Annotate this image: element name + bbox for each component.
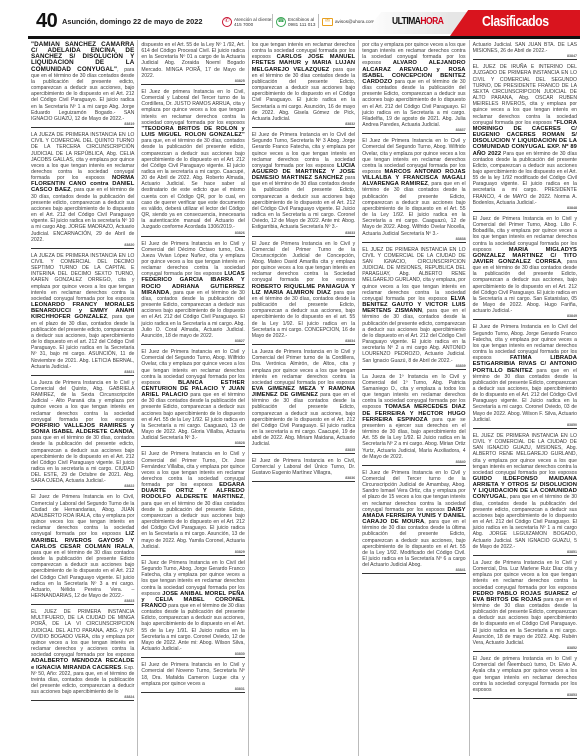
notice-details: , para que en el término de 30 días cont… bbox=[473, 259, 577, 314]
legal-notice: El Juez de Primera Instancia en lo Civil… bbox=[252, 456, 355, 482]
notice-details: , para que en el término de 30 días, con… bbox=[31, 429, 134, 484]
legal-notice: por cita y emplaza por quince veces a lo… bbox=[362, 40, 465, 134]
notice-parties: ADALBERTO MENDOZA RECALDE e IGNACIA MIRA… bbox=[31, 658, 134, 670]
notice-code: 83823 bbox=[31, 599, 134, 603]
notice-code: 83835 bbox=[252, 448, 355, 452]
notice-body: La Juez de Primera Instancia en lo Civil… bbox=[473, 560, 577, 591]
legal-notice: Actuario Judicial. SAN JUAN BTA. DE LAS … bbox=[473, 40, 577, 60]
notice-code: 83851 bbox=[473, 550, 577, 554]
legal-notice: El Juez de Primera Instancia en lo Civil… bbox=[141, 558, 244, 658]
column-1: "DAMIAN SANCHEZ CAMARRA C/ ADELAIDA ENCI… bbox=[28, 40, 138, 756]
legal-notice: El Juez de Primera Instancia en lo Civil… bbox=[362, 468, 465, 575]
legal-notice: El Juez de Primera Instancia en lo Civil… bbox=[141, 347, 244, 447]
legal-notice: LA JUEZA DE PRIMERA INSTANCIA EN LO CIVI… bbox=[31, 130, 134, 249]
notice-details: dispuesto en el Art. 55 de la Ley Nº 1 /… bbox=[141, 42, 244, 79]
notice-details: Para que en término de 30 días contados … bbox=[473, 151, 577, 206]
header-divider bbox=[28, 36, 580, 39]
legal-notice: La Jueza de Primera Instancia en lo Civi… bbox=[252, 347, 355, 454]
phone-icon: ✆ bbox=[222, 17, 232, 27]
mail-icon: ✉ bbox=[322, 18, 333, 26]
notice-code: 83832 bbox=[252, 122, 355, 126]
notice-details: , para que en el término de 30 días, con… bbox=[31, 187, 134, 242]
notice-parties: PORFIRIO VALLEJOS RAMIRES y SONIA ISABEL… bbox=[31, 423, 134, 435]
notice-code: 83827 bbox=[141, 339, 244, 343]
legal-notice: El Juez de primera Instancia en lo Civil… bbox=[473, 654, 577, 699]
notice-code: 83819 bbox=[31, 122, 134, 126]
notice-details: , para que en el término de 30 días cont… bbox=[362, 519, 465, 568]
legal-notice: El Juez de Primera Instancia en lo Civil… bbox=[473, 214, 577, 321]
notice-code: 83820 bbox=[31, 243, 134, 247]
whatsapp-icon: ☎ bbox=[276, 17, 286, 27]
notice-code: 83831 bbox=[141, 687, 244, 691]
legal-notice: La Jueza de 1º Instancia en lo Civil y C… bbox=[362, 372, 465, 466]
notice-details: para que en el término de 30 días contad… bbox=[362, 79, 465, 128]
notice-code: 83829 bbox=[141, 550, 244, 554]
notice-code: 83828 bbox=[141, 441, 244, 445]
notice-code: 83849 bbox=[473, 314, 577, 318]
legal-notice: El Juez de Primera Instancia en lo Civil… bbox=[31, 492, 134, 605]
legal-notice: EL JUEZ DE PRIMERA INSTANCIA MULTIFUERO,… bbox=[31, 607, 134, 701]
notice-code: 83838 bbox=[362, 237, 465, 241]
notice-code: 83847 bbox=[473, 54, 577, 58]
notice-body: El Juez de Primera Instancia en lo Civil… bbox=[31, 494, 134, 537]
notice-body: EL JUEZ DE IRUÑA E INTERINO DEL JUZGADO … bbox=[473, 64, 577, 125]
classifieds-columns: "DAMIAN SANCHEZ CAMARRA C/ ADELAIDA ENCI… bbox=[28, 40, 580, 756]
notice-code: 83834 bbox=[252, 339, 355, 343]
notice-body: El Juez de primera Instancia en lo Civil… bbox=[141, 89, 244, 126]
notice-details: , para que en el término de 30 días, con… bbox=[362, 308, 465, 363]
notice-code: 83848 bbox=[473, 206, 577, 210]
notice-body: Actuario Judicial. SAN JUAN BTA. DE LAS … bbox=[473, 42, 577, 54]
legal-notice: La Jueza de Primera Instancia en lo Civi… bbox=[31, 378, 134, 491]
page-number: 40 bbox=[36, 10, 57, 33]
legal-notice: los que tengan interés en reclamar derec… bbox=[252, 40, 355, 128]
notice-code: 83839 bbox=[362, 364, 465, 368]
notice-details: para que en el término de 30 días contad… bbox=[252, 392, 355, 447]
notice-details: , para que en el término de 30 días, con… bbox=[141, 290, 244, 339]
notice-details: , para que en el término de 30 días cont… bbox=[31, 544, 134, 599]
notice-body: EL JUEZ DE PRIMERA INSTANCIA EN LO CIVIL… bbox=[362, 247, 465, 302]
legal-notice: "DAMIAN SANCHEZ CAMARRA C/ ADELAIDA ENCI… bbox=[31, 40, 134, 128]
notice-body: El Juez de primera Instancia en lo Civil… bbox=[473, 656, 577, 693]
notice-details: , para que en el plazo de 30 días, conta… bbox=[31, 314, 134, 369]
legal-notice: El Juez de Primera Instancia en lo Civil… bbox=[141, 660, 244, 693]
notice-details: , para que en el término de 30 días cont… bbox=[141, 494, 244, 549]
notice-details: para que en el término de 30 días contad… bbox=[252, 67, 355, 122]
legal-notice: LA JUEZA DE PRIMERA INSTANCIA EN LO CIVI… bbox=[31, 251, 134, 376]
notice-body: LA JUEZA DE PRIMERA INSTANCIA EN LO CIVI… bbox=[31, 253, 134, 302]
legal-notice: EL JUEZ DE PRIMERA INSTANCIA EN LO CIVIL… bbox=[473, 431, 577, 556]
legal-notice: El Juez de primera Instancia en lo Civil… bbox=[141, 87, 244, 237]
notice-details: para que, en el término de 30 días, cont… bbox=[141, 138, 244, 230]
legal-notice: EL JUEZ DE IRUÑA E INTERINO DEL JUZGADO … bbox=[473, 62, 577, 212]
notice-details: para que en el término de 30 días contad… bbox=[473, 368, 577, 423]
notice-body: El Juez de Primera Instancia en lo Civil… bbox=[252, 458, 355, 476]
notice-code: 83824 bbox=[31, 695, 134, 699]
notice-code: 83830 bbox=[141, 652, 244, 656]
legal-notice: El Juez de Primera Instancia en lo Civil… bbox=[141, 449, 244, 556]
notice-code: 83836 bbox=[252, 476, 355, 480]
legal-notice: El Juez de Primera Instancia en lo Civil… bbox=[252, 239, 355, 346]
notice-details: para que en el término de 30 días contad… bbox=[252, 175, 355, 230]
column-4: por cita y emplaza por quince veces a lo… bbox=[359, 40, 469, 756]
column-2: dispuesto en el Art. 55 de la Ley Nº 1 /… bbox=[138, 40, 248, 756]
notice-details: , para que en el término de 30 días cont… bbox=[31, 67, 134, 122]
notice-parties: "TEODORA BRITOS DE ROLON y LUIS MIGUEL R… bbox=[141, 126, 244, 138]
notice-details: para que se presenten a ejercer sus dere… bbox=[362, 417, 465, 460]
notice-code: 83840 bbox=[362, 460, 465, 464]
notice-code: 83853 bbox=[473, 693, 577, 697]
column-5: Actuario Judicial. SAN JUAN BTA. DE LAS … bbox=[470, 40, 580, 756]
notice-body: EL JUEZ DE PRIMERA INSTANCIA MULTIFUERO,… bbox=[31, 609, 134, 658]
notice-body: LA JUEZA DE PRIMERA INSTANCIA EN LO CIVI… bbox=[31, 132, 134, 181]
notice-code: 83852 bbox=[473, 646, 577, 650]
legal-notice: La Juez de Primera Instancia en lo Civil… bbox=[473, 558, 577, 652]
notice-code: 83850 bbox=[473, 423, 577, 427]
legal-notice: El Juez de Primera Instancia en lo Civil… bbox=[252, 130, 355, 237]
notice-body: La Jueza de Primera Instancia en lo Civi… bbox=[31, 380, 134, 423]
legal-notice: El Juez de Primera Instancia en lo Civil… bbox=[141, 239, 244, 346]
notice-code: 83841 bbox=[362, 568, 465, 572]
notice-code: 83833 bbox=[252, 231, 355, 235]
notice-body: La Jueza de Primera Instancia en lo Civi… bbox=[252, 349, 355, 386]
whatsapp-contact: ☎ Escribinos al0981 111 013 bbox=[276, 14, 315, 30]
legal-notice: El Juez de Primera Instancia en lo Civil… bbox=[362, 136, 465, 243]
notice-details: para que en el término de 30 días contad… bbox=[141, 392, 244, 441]
notice-details: , para que en el término de 30 días, con… bbox=[473, 494, 577, 549]
section-title: Clasificados bbox=[482, 13, 549, 30]
notice-code: 83821 bbox=[31, 370, 134, 374]
notice-code: 83837 bbox=[362, 128, 465, 132]
customer-service-contact: ✆ Atención al cliente:415 7000 bbox=[222, 14, 273, 30]
notice-code: 83826 bbox=[141, 231, 244, 235]
notice-details: para que en el término de 30 días contad… bbox=[141, 603, 244, 652]
notice-details: para que en el término de 30 días contad… bbox=[473, 597, 577, 646]
legal-notice: dispuesto en el Art. 55 de la Ley Nº 1 /… bbox=[141, 40, 244, 85]
notice-details: para que en el término de 30 días, conta… bbox=[252, 290, 355, 339]
newspaper-logo: ULTIMAHORA bbox=[392, 16, 443, 27]
page-header: 40 Asunción, domingo 22 de mayo de 2022 … bbox=[0, 0, 580, 36]
notice-body: El Juez de Primera Instancia en lo Civil… bbox=[141, 662, 244, 686]
legal-notice: EL JUEZ DE PRIMERA INSTANCIA EN LO CIVIL… bbox=[362, 245, 465, 370]
notice-body: EL JUEZ DE PRIMERA INSTANCIA EN LO CIVIL… bbox=[473, 433, 577, 476]
column-3: los que tengan interés en reclamar derec… bbox=[249, 40, 359, 756]
notice-details: , para que en el término de 30 días cont… bbox=[362, 181, 465, 236]
publication-date: Asunción, domingo 22 de mayo de 2022 bbox=[62, 17, 202, 26]
notice-body: El Juez de Primera Instancia en lo Civil… bbox=[252, 241, 355, 284]
notice-code: 83822 bbox=[31, 484, 134, 488]
legal-notice: El Juez de Primera Instancia en lo Civil… bbox=[473, 322, 577, 429]
notice-code: 83825 bbox=[141, 79, 244, 83]
